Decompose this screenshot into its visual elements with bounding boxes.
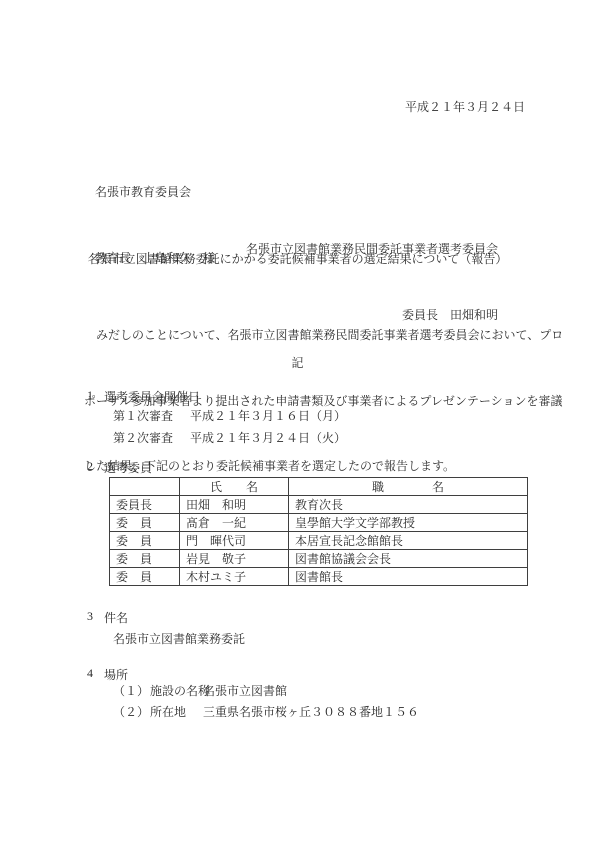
name-cell: 髙倉 一紀 [180,514,289,532]
section-4-number: 4 [87,666,93,681]
section-4-label: 場所 [104,666,128,683]
section-1-number: 1 [87,388,93,403]
header-role-cell [110,478,180,496]
committee-row: 委 員 髙倉 一紀 皇學館大学文学部教授 [110,514,528,532]
committee-row: 委 員 門 暉代司 本居宣長記念館館長 [110,532,528,550]
facility-name-label: 施設の名称 [150,682,210,699]
record-marker: 記 [0,354,595,371]
second-examination-date: 平成２１年３月２４日（火） [190,429,346,446]
facility-name-prefix: （１） [113,682,149,699]
name-cell: 岩見 敬子 [180,550,289,568]
header-name-cell: 氏 名 [180,478,289,496]
address-label: 所在地 [150,703,186,720]
section-2-number: 2 [87,459,93,474]
date-line: 平成２１年３月２４日 [405,100,525,115]
name-cell: 門 暉代司 [180,532,289,550]
section-2-heading: 2 選考委員 [0,459,595,475]
position-cell: 教育次長 [289,496,528,514]
body-line-1: みだしのことについて、名張市立図書館業務民間委託事業者選考委員会において、プロ [84,325,563,347]
section-1-label: 選考委員会開催日 [104,388,200,405]
document-title: 名張市立図書館業務委託にかかる委託候補事業者の選定結果について（報告） [0,250,595,267]
first-examination-row: 第１次審査 平成２１年３月１６日（月） [0,407,595,423]
name-cell: 木村ユミ子 [180,568,289,586]
section-3-number: 3 [87,609,93,624]
header-position-cell: 職 名 [289,478,528,496]
role-cell: 委 員 [110,550,180,568]
section-1-heading: 1 選考委員会開催日 [0,388,595,404]
second-examination-row: 第２次審査 平成２１年３月２４日（火） [0,429,595,445]
section-3-heading: 3 件名 [0,609,595,625]
section-3-label: 件名 [104,609,128,626]
subject-name: 名張市立図書館業務委託 [113,630,245,647]
committee-row: 委 員 木村ユミ子 図書館長 [110,568,528,586]
addressee-organization: 名張市教育委員会 [95,181,215,203]
address-prefix: （２） [113,703,149,720]
committee-row: 委員長 田畑 和明 教育次長 [110,496,528,514]
first-examination-label: 第１次審査 [113,407,173,424]
role-cell: 委員長 [110,496,180,514]
position-cell: 本居宣長記念館館長 [289,532,528,550]
address-value: 三重県名張市桜ヶ丘３０８８番地１５６ [203,703,419,720]
report-document-page: 平成２１年３月２４日 名張市教育委員会 教育長 上島和久 様 名張市立図書館業務… [0,0,595,842]
committee-row: 委 員 岩見 敬子 図書館協議会会長 [110,550,528,568]
second-examination-label: 第２次審査 [113,429,173,446]
position-cell: 図書館長 [289,568,528,586]
facility-name-row: （１） 施設の名称 名張市立図書館 [0,682,595,698]
role-cell: 委 員 [110,514,180,532]
committee-table: 氏 名 職 名 委員長 田畑 和明 教育次長 委 員 髙倉 一紀 皇學館大学文学… [109,477,528,586]
section-4-heading: 4 場所 [0,666,595,682]
facility-name-value: 名張市立図書館 [203,682,287,699]
position-cell: 皇學館大学文学部教授 [289,514,528,532]
position-cell: 図書館協議会会長 [289,550,528,568]
role-cell: 委 員 [110,568,180,586]
address-row: （２） 所在地 三重県名張市桜ヶ丘３０８８番地１５６ [0,703,595,719]
section-2-label: 選考委員 [104,459,152,476]
name-cell: 田畑 和明 [180,496,289,514]
first-examination-date: 平成２１年３月１６日（月） [190,407,346,424]
role-cell: 委 員 [110,532,180,550]
committee-table-header-row: 氏 名 職 名 [110,478,528,496]
